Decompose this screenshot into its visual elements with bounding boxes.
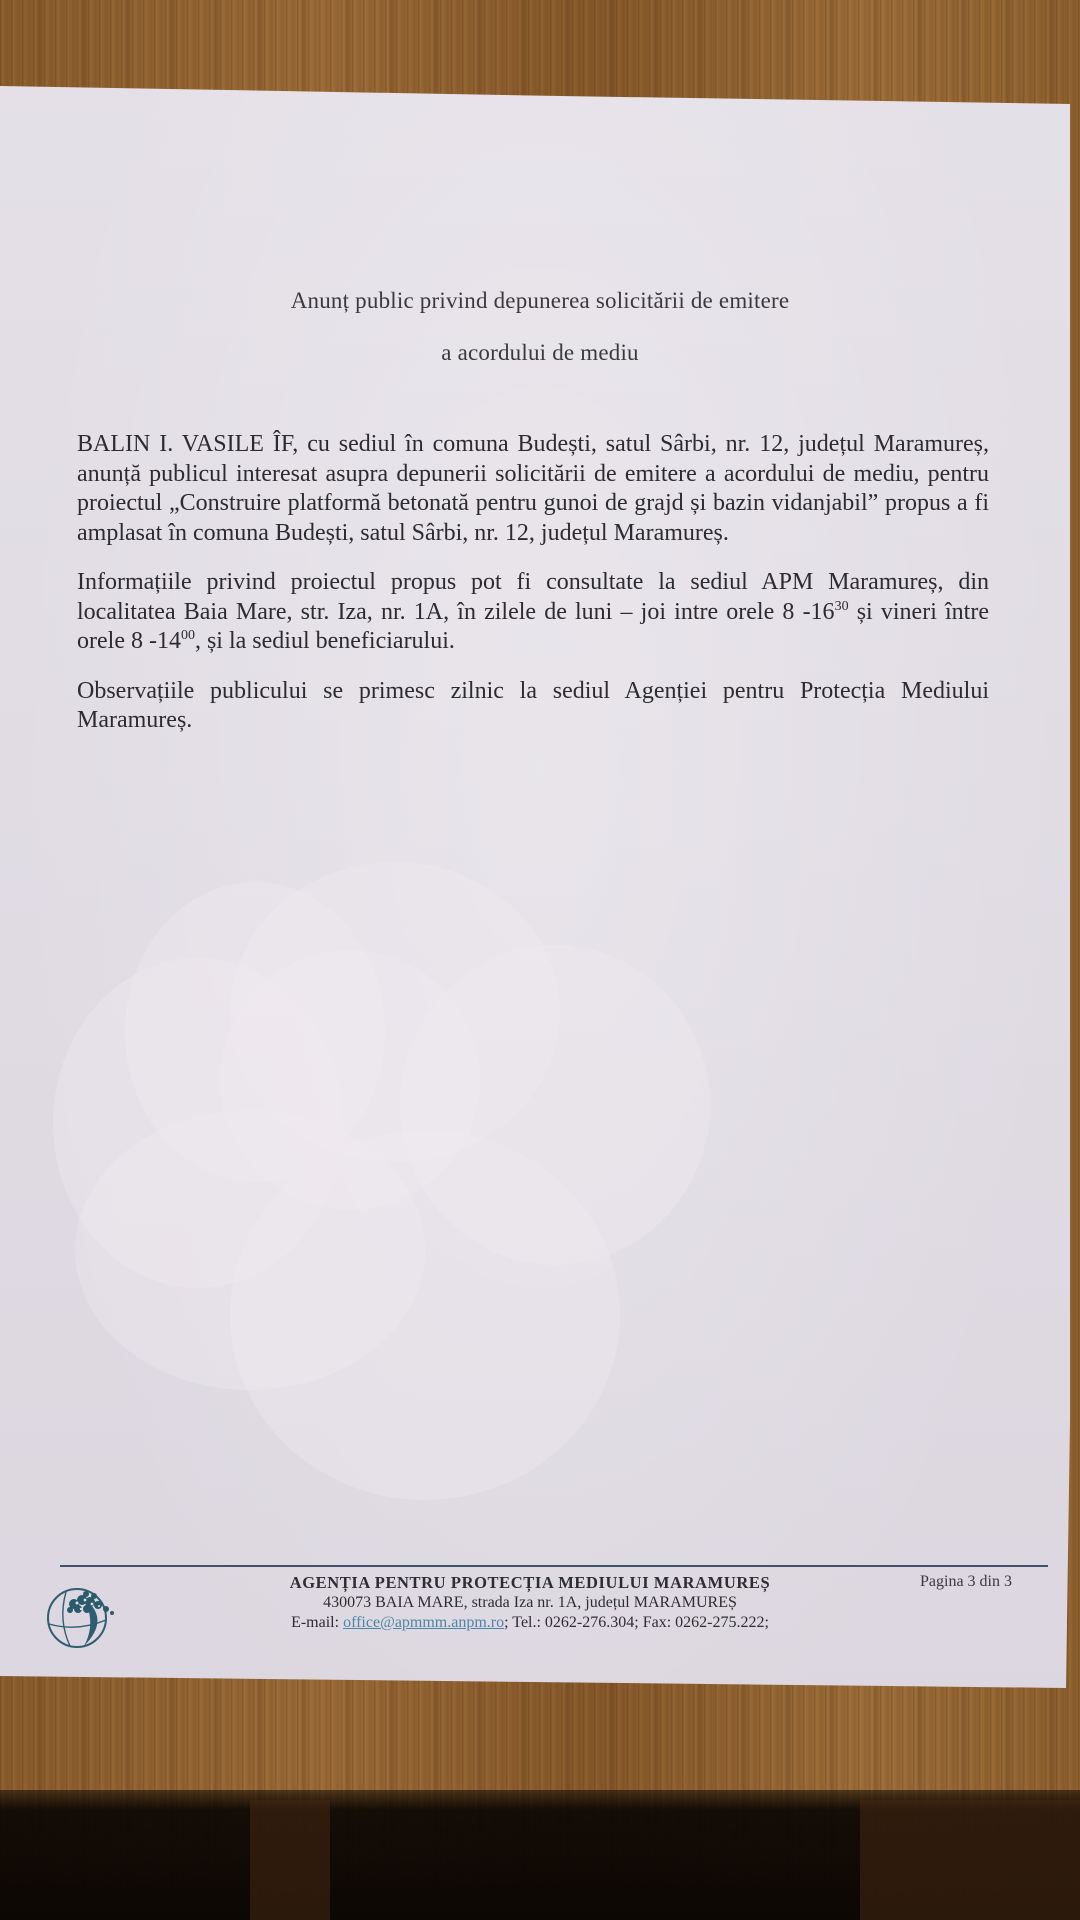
shadow-light-band — [250, 1800, 330, 1920]
agency-address: 430073 BAIA MARE, strada Iza nr. 1A, jud… — [180, 1593, 880, 1613]
paragraph-information: Informațiile privind proiectul propus po… — [77, 568, 989, 657]
paragraph-observations: Observațiile publicului se primesc zilni… — [77, 677, 989, 736]
document-title-line-2: a acordului de mediu — [0, 340, 1080, 366]
superscript-minutes: 30 — [835, 599, 849, 614]
globe-tree-logo-icon — [44, 1580, 126, 1650]
email-label: E-mail: — [291, 1614, 343, 1631]
superscript-minutes: 00 — [181, 628, 195, 643]
document-title-line-1: Anunț public privind depunerea solicităr… — [0, 288, 1080, 314]
paragraph-applicant: BALIN I. VASILE ÎF, cu sediul în comuna … — [77, 430, 989, 548]
watermark-shape — [230, 1130, 620, 1500]
page-indicator: Pagina 3 din 3 — [920, 1573, 1012, 1591]
shadow-light-band — [860, 1800, 1080, 1920]
agency-contact: E-mail: office@apmmm.anpm.ro; Tel.: 0262… — [180, 1613, 880, 1633]
footer-agency-info: AGENȚIA PENTRU PROTECȚIA MEDIULUI MARAMU… — [180, 1573, 880, 1633]
email-link[interactable]: office@apmmm.anpm.ro — [343, 1614, 504, 1631]
document-body: BALIN I. VASILE ÎF, cu sediul în comuna … — [77, 430, 989, 756]
agency-name: AGENȚIA PENTRU PROTECȚIA MEDIULUI MARAMU… — [180, 1573, 880, 1593]
phone-fax: ; Tel.: 0262-276.304; Fax: 0262-275.222; — [504, 1614, 769, 1631]
footer-divider — [60, 1565, 1048, 1567]
paragraph-text: , și la sediul beneficiarului. — [195, 628, 455, 654]
